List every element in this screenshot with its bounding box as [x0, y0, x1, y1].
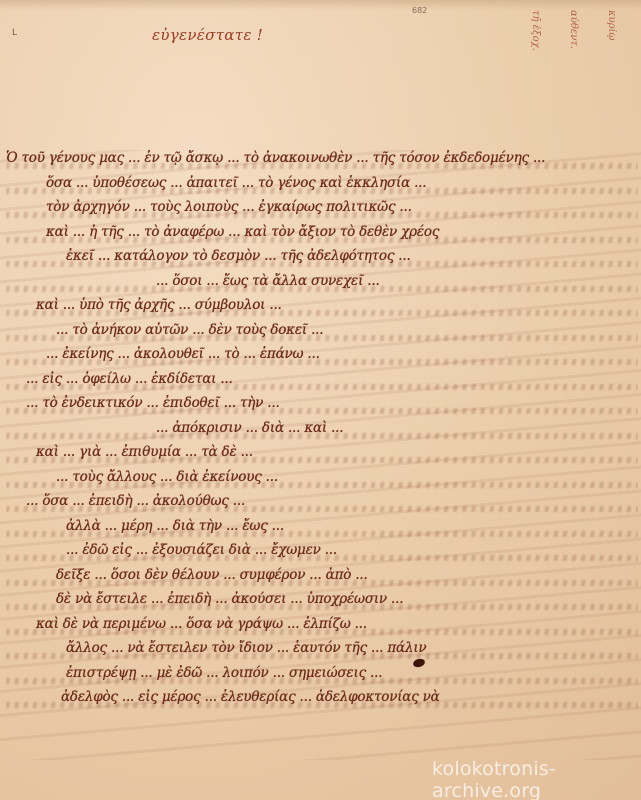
text-line: ἄλλος ... νὰ ἔστειλεν τὸν ἴδιον ... ἑαυτ… [6, 640, 638, 665]
text-line: καὶ ... ἡ τῆς ... τὸ ἀναφέρω ... καὶ τὸν… [6, 224, 638, 249]
text-line-content: ἀλλὰ ... μέρη ... διὰ τὴν ... ἔως ... [66, 518, 284, 534]
text-line: ... τὸ ἀνήκον αὐτῶν ... δὲν τοὺς δοκεῖ .… [6, 322, 638, 347]
text-line: Ὁ τοῦ γένους μας ... ἐν τῷ ἄσκῳ ... τὸ ἀ… [6, 150, 638, 175]
folio-number: 682 [412, 6, 427, 15]
margin-note: τῆ ἐξοχ. αὐθεντ. κυρίῳ [524, 10, 634, 170]
text-line-content: καὶ ... ὑπὸ τῆς ἀρχῆς ... σύμβουλοι ... [36, 297, 282, 313]
text-line-content: ἐκεῖ ... κατάλογον τὸ δεσμὸν ... τῆς ἀδε… [66, 248, 411, 264]
text-line-content: καὶ ... γιὰ ... ἐπιθυμία ... τὰ δὲ ... [36, 444, 253, 460]
text-line: ... ὅσοι ... ἔως τὰ ἄλλα συνεχεῖ ... [6, 273, 638, 298]
text-line-content: ... ἀπόκρισιν ... διὰ ... καὶ ... [156, 420, 343, 436]
text-line: δεῖξε ... ὅσοι δὲν θέλουν ... συμφέρον .… [6, 567, 638, 592]
text-line: ... τὸ ἐνδεικτικόν ... ἐπιδοθεῖ ... τὴν … [6, 395, 638, 420]
text-line: ... εἰς ... ὀφείλω ... ἐκδίδεται ... [6, 371, 638, 396]
text-line: ... ἐδῶ εἰς ... ἐξουσιάζει διὰ ... ἔχωμε… [6, 542, 638, 567]
text-line-content: ἄλλος ... νὰ ἔστειλεν τὸν ἴδιον ... ἑαυτ… [66, 640, 426, 656]
text-line: ἀδελφὸς ... εἰς μέρος ... ἐλευθερίας ...… [6, 689, 638, 714]
text-line-content: ἐπιστρέψῃ ... μὲ ἐδῶ ... λοιπόν ... σημε… [66, 665, 382, 681]
text-line: ὅσα ... ὑποθέσεως ... ἀπαιτεῖ ... τὸ γέν… [6, 175, 638, 200]
text-line-content: καὶ ... ἡ τῆς ... τὸ ἀναφέρω ... καὶ τὸν… [46, 224, 439, 240]
text-line-content: ... ἐκείνης ... ἀκολουθεῖ ... τὸ ... ἐπά… [46, 346, 320, 362]
archive-watermark: kolokotronis-archive.org [432, 758, 641, 800]
text-line: καὶ ... γιὰ ... ἐπιθυμία ... τὰ δὲ ... [6, 444, 638, 469]
text-line-content: καὶ δὲ νὰ περιμένω ... ὅσα νὰ γράψω ... … [36, 616, 367, 632]
text-line-content: ... τὸ ἐνδεικτικόν ... ἐπιδοθεῖ ... τὴν … [26, 395, 280, 411]
text-line-content: ὅσα ... ὑποθέσεως ... ἀπαιτεῖ ... τὸ γέν… [46, 175, 426, 191]
text-line: ἀλλὰ ... μέρη ... διὰ τὴν ... ἔως ... [6, 518, 638, 543]
text-line-content: Ὁ τοῦ γένους μας ... ἐν τῷ ἄσκῳ ... τὸ ἀ… [6, 150, 545, 166]
text-line-content: ... τὸ ἀνήκον αὐτῶν ... δὲν τοὺς δοκεῖ .… [56, 322, 323, 338]
margin-note-column: αὐθεντ. [562, 10, 580, 49]
margin-note-column: τῆ ἐξοχ. [524, 10, 542, 51]
text-line-content: ... ὅσα ... ἐπειδὴ ... ἀκολούθως ... [26, 493, 245, 509]
salutation: εὐγενέστατε ! [152, 26, 263, 44]
text-line: ἐπιστρέψῃ ... μὲ ἐδῶ ... λοιπόν ... σημε… [6, 665, 638, 690]
text-line: δὲ νὰ ἔστειλε ... ἐπειδὴ ... ἀκούσει ...… [6, 591, 638, 616]
text-line-content: δὲ νὰ ἔστειλε ... ἐπειδὴ ... ἀκούσει ...… [56, 591, 403, 607]
page-edge-shadow [0, 0, 641, 10]
text-line: καὶ δὲ νὰ περιμένω ... ὅσα νὰ γράψω ... … [6, 616, 638, 641]
text-line: καὶ ... ὑπὸ τῆς ἀρχῆς ... σύμβουλοι ... [6, 297, 638, 322]
text-line-content: ... εἰς ... ὀφείλω ... ἐκδίδεται ... [26, 371, 233, 387]
text-line: ἐκεῖ ... κατάλογον τὸ δεσμὸν ... τῆς ἀδε… [6, 248, 638, 273]
margin-note-column: κυρίῳ [600, 10, 618, 41]
text-line-content: δεῖξε ... ὅσοι δὲν θέλουν ... συμφέρον .… [56, 567, 368, 583]
text-line: ... τοὺς ἄλλους ... διὰ ἐκείνους ... [6, 469, 638, 494]
text-line: ... ἀπόκρισιν ... διὰ ... καὶ ... [6, 420, 638, 445]
manuscript-page: 682 L εὐγενέστατε ! τῆ ἐξοχ. αὐθεντ. κυρ… [0, 0, 641, 800]
text-line: ... ὅσα ... ἐπειδὴ ... ἀκολούθως ... [6, 493, 638, 518]
text-line-content: ... τοὺς ἄλλους ... διὰ ἐκείνους ... [56, 469, 278, 485]
corner-mark: L [12, 28, 17, 38]
text-line: ... ἐκείνης ... ἀκολουθεῖ ... τὸ ... ἐπά… [6, 346, 638, 371]
letter-body: Ὁ τοῦ γένους μας ... ἐν τῷ ἄσκῳ ... τὸ ἀ… [6, 150, 638, 714]
text-line-content: ἀδελφὸς ... εἰς μέρος ... ἐλευθερίας ...… [61, 689, 440, 705]
text-line-content: ... ὅσοι ... ἔως τὰ ἄλλα συνεχεῖ ... [156, 273, 380, 289]
text-line-content: τὸν ἀρχηγόν ... τοὺς λοιποὺς ... ἐγκαίρω… [46, 199, 412, 215]
text-line-content: ... ἐδῶ εἰς ... ἐξουσιάζει διὰ ... ἔχωμε… [66, 542, 337, 558]
text-line: τὸν ἀρχηγόν ... τοὺς λοιποὺς ... ἐγκαίρω… [6, 199, 638, 224]
